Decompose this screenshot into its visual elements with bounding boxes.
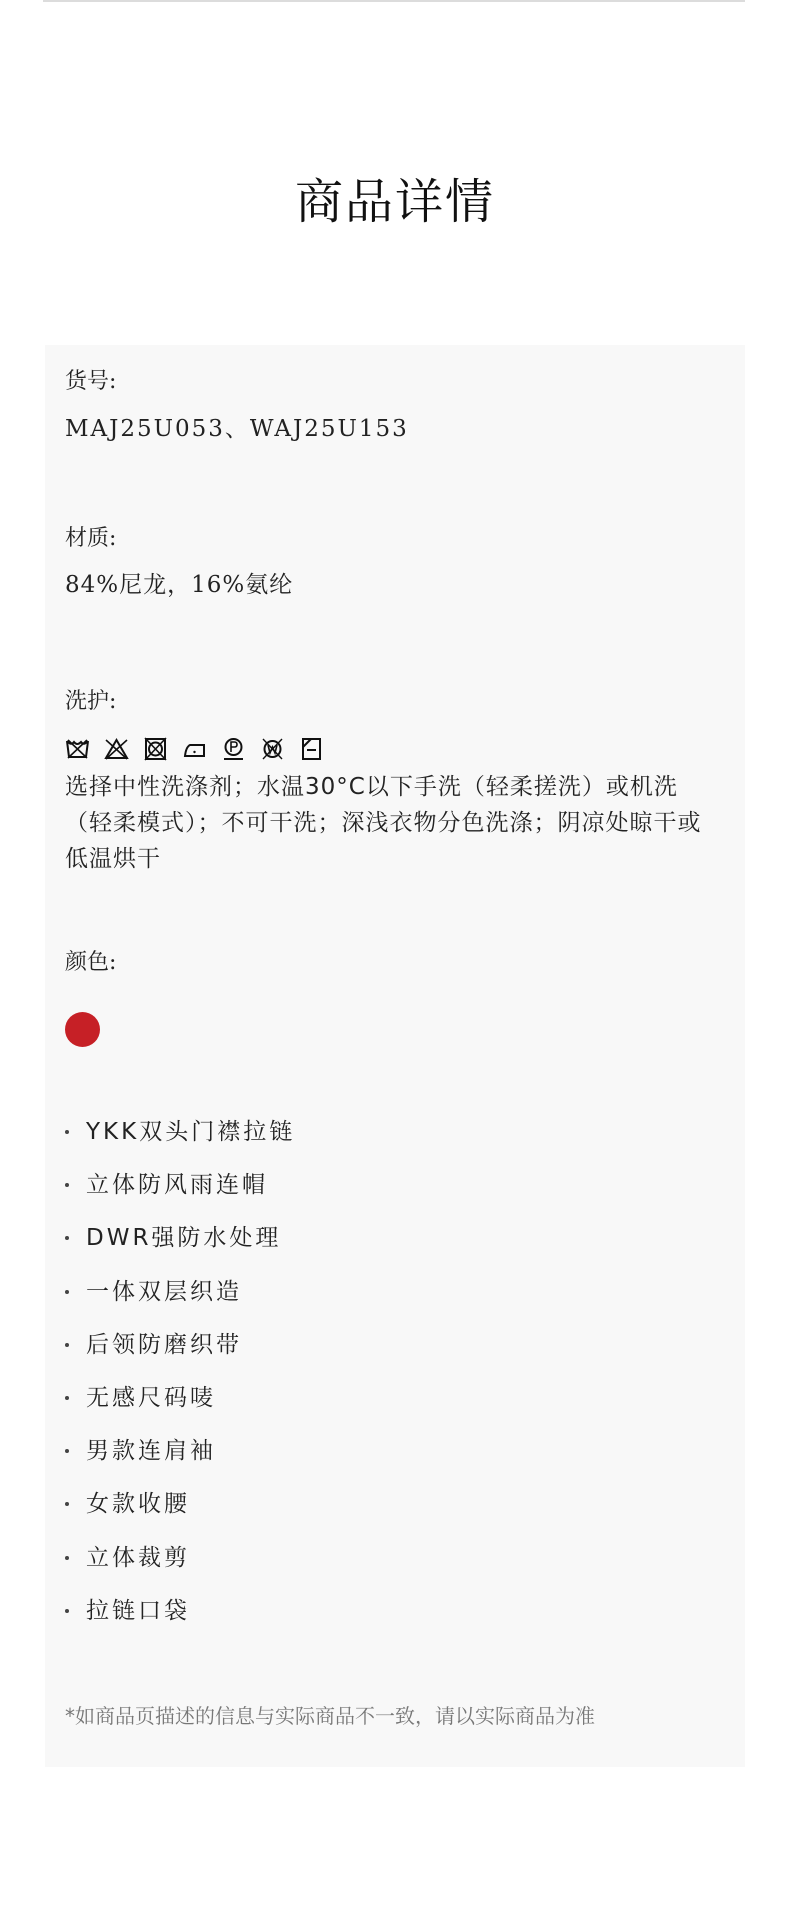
sku-value: MAJ25U053、WAJ25U153	[65, 414, 409, 444]
feature-item: 男款连肩袖	[65, 1436, 295, 1489]
care-icons-row	[65, 737, 338, 763]
disclaimer-note: *如商品页描述的信息与实际商品不一致，请以实际商品为准	[65, 1702, 595, 1730]
bullet-dot	[65, 1130, 69, 1134]
bullet-dot	[65, 1609, 69, 1613]
top-divider	[43, 0, 745, 2]
do-not-wet-clean-icon	[260, 737, 285, 761]
bullet-dot	[65, 1449, 69, 1453]
hand-wash-icon	[65, 737, 90, 761]
bullet-dot	[65, 1556, 69, 1560]
bullet-dot	[65, 1343, 69, 1347]
feature-item: 立体防风雨连帽	[65, 1170, 295, 1223]
material-label: 材质:	[65, 525, 116, 553]
bullet-dot	[65, 1502, 69, 1506]
sku-label: 货号:	[65, 368, 116, 396]
professional-dry-clean-p-icon	[221, 737, 246, 761]
feature-item: 立体裁剪	[65, 1543, 295, 1596]
do-not-bleach-icon	[104, 737, 129, 761]
feature-list: YKK双头门襟拉链 立体防风雨连帽 DWR强防水处理 一体双层织造 后领防磨织带…	[65, 1117, 295, 1649]
feature-item: 女款收腰	[65, 1489, 295, 1542]
iron-low-temperature-icon	[182, 737, 207, 761]
color-label: 颜色:	[65, 949, 116, 977]
feature-item: DWR强防水处理	[65, 1223, 295, 1276]
feature-item: 后领防磨织带	[65, 1330, 295, 1383]
feature-item: 一体双层织造	[65, 1277, 295, 1330]
bullet-dot	[65, 1290, 69, 1294]
color-swatch-red[interactable]	[65, 1012, 100, 1047]
bullet-dot	[65, 1236, 69, 1240]
care-label: 洗护:	[65, 688, 116, 716]
feature-item: 拉链口袋	[65, 1596, 295, 1649]
feature-item: YKK双头门襟拉链	[65, 1117, 295, 1170]
care-instructions-text: 选择中性洗涤剂；水温30°C以下手洗（轻柔搓洗）或机洗（轻柔模式）；不可干洗；深…	[65, 769, 705, 877]
do-not-tumble-dry-icon	[143, 737, 168, 761]
bullet-dot	[65, 1396, 69, 1400]
product-details-panel: 货号: MAJ25U053、WAJ25U153 材质: 84%尼龙，16%氨纶 …	[45, 345, 745, 1767]
bullet-dot	[65, 1183, 69, 1187]
dry-flat-in-shade-icon	[299, 737, 324, 761]
feature-item: 无感尺码唛	[65, 1383, 295, 1436]
material-value: 84%尼龙，16%氨纶	[65, 570, 293, 600]
page-title: 商品详情	[0, 172, 790, 232]
